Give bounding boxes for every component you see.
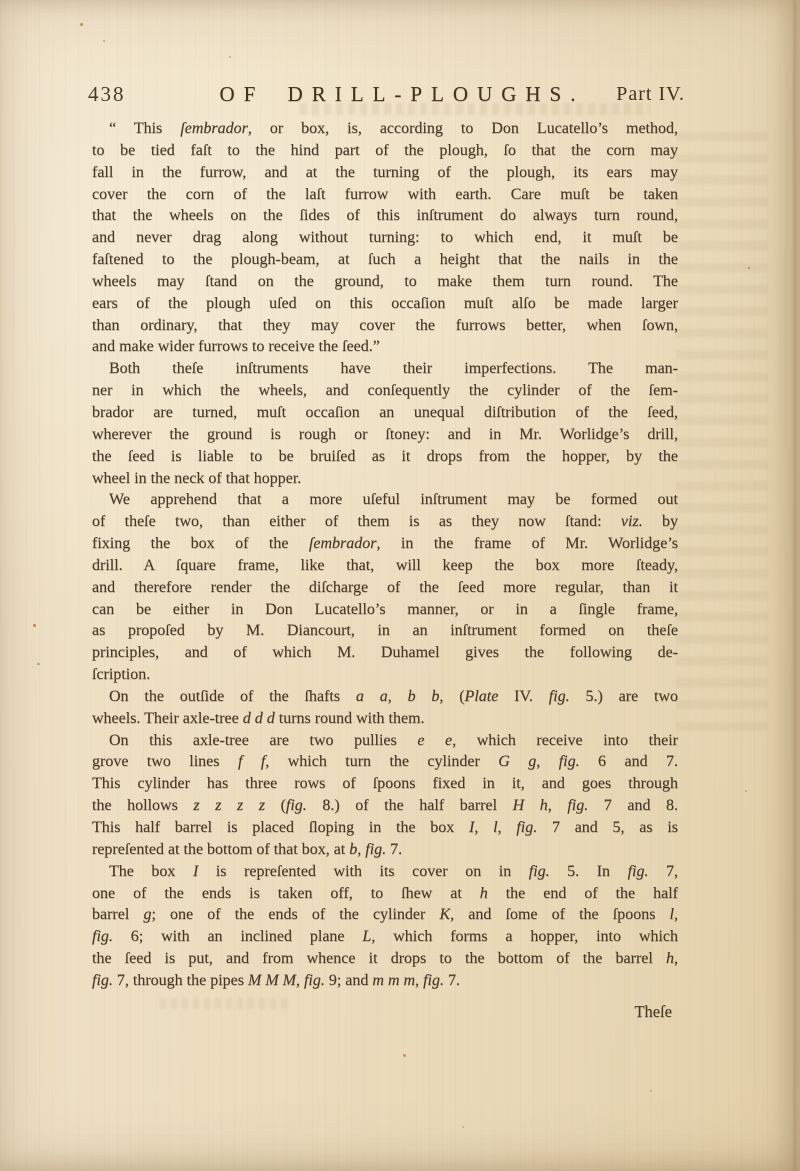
text-line: This cylinder has three rows of ſpoons f… — [92, 773, 678, 795]
text-line: brador are turned, muſt occaſion an uneq… — [92, 402, 678, 424]
text-line: repreſented at the bottom of that box, a… — [92, 839, 678, 861]
text-line: faſtened to the plough-beam, at ſuch a h… — [92, 249, 678, 271]
foxing-speck — [403, 1054, 406, 1057]
text-line: the hollows z z z z (fig. 8.) of the hal… — [92, 795, 678, 817]
text-line: and make wider furrows to receive the ſe… — [92, 336, 678, 358]
text-line: wheel in the neck of that hopper. — [92, 468, 678, 490]
text-line: can be either in Don Lucatello’s manner,… — [92, 599, 678, 621]
text-line: of theſe two, than either of them is as … — [92, 511, 678, 533]
text-line: drill. A ſquare frame, like that, will k… — [92, 555, 678, 577]
text-line: ſcription. — [92, 664, 678, 686]
text-line: We apprehend that a more uſeful inſtrume… — [92, 489, 678, 511]
text-line: fall in the furrow, and at the turning o… — [92, 162, 678, 184]
catchword: Theſe — [92, 1001, 678, 1023]
text-line: grove two lines f f, which turn the cyli… — [92, 751, 678, 773]
text-line: wheels. Their axle-tree d d d turns roun… — [92, 708, 678, 730]
text-line: barrel g; one of the ends of the cylinde… — [92, 904, 678, 926]
text-line: This half barrel is placed ſloping in th… — [92, 817, 678, 839]
foxing-speck — [37, 663, 40, 665]
text-line: and therefore render the diſcharge of th… — [92, 577, 678, 599]
text-line: Both theſe inſtruments have their imperf… — [92, 358, 678, 380]
book-page: 438 OF DRILL-PLOUGHS. Part IV. “ This ſe… — [0, 0, 800, 1171]
text-line: The box I is repreſented with its cover … — [92, 861, 678, 883]
text-line: than ordinary, that they may cover the f… — [92, 315, 678, 337]
page-edge — [794, 0, 796, 1171]
text-line: wheels may ſtand on the ground, to make … — [92, 271, 678, 293]
part-label: Part IV. — [616, 83, 685, 106]
foxing-speck — [80, 23, 83, 26]
show-through-ghost — [676, 132, 768, 732]
text-line: fig. 7, through the pipes M M M, fig. 9;… — [92, 970, 678, 992]
paragraphs: “ This ſembrador, or box, is, according … — [92, 118, 678, 992]
text-line: cover the corn of the laſt furrow with e… — [92, 184, 678, 206]
text-line: and never drag along without turning: to… — [92, 227, 678, 249]
text-block: “ This ſembrador, or box, is, according … — [92, 118, 678, 1023]
text-line: fig. 6; with an inclined plane L, which … — [92, 926, 678, 948]
foxing-speck — [229, 56, 231, 58]
text-line: as propoſed by M. Diancourt, in an inſtr… — [92, 620, 678, 642]
text-line: fixing the box of the ſembrador, in the … — [92, 533, 678, 555]
text-line: “ This ſembrador, or box, is, according … — [92, 118, 678, 140]
running-head: 438 OF DRILL-PLOUGHS. Part IV. — [0, 82, 800, 112]
foxing-speck — [103, 40, 105, 42]
running-title: OF DRILL-PLOUGHS. — [104, 82, 700, 107]
text-line: ears of the plough uſed on this occaſion… — [92, 293, 678, 315]
text-line: the ſeed is put, and from whence it drop… — [92, 948, 678, 970]
text-line: On the outſide of the ſhafts a a, b b, (… — [92, 686, 678, 708]
foxing-speck — [462, 1126, 464, 1128]
foxing-speck — [650, 1090, 652, 1092]
text-line: one of the ends is taken off, to ſhew at… — [92, 883, 678, 905]
text-line: On this axle-tree are two pullies e e, w… — [92, 730, 678, 752]
text-line: that the wheels on the ſides of this inſ… — [92, 205, 678, 227]
text-line: wherever the ground is rough or ſtoney: … — [92, 424, 678, 446]
text-line: the ſeed is liable to be bruiſed as it d… — [92, 446, 678, 468]
foxing-speck — [745, 790, 747, 792]
text-line: to be tied faſt to the hind part of the … — [92, 140, 678, 162]
foxing-speck — [748, 267, 750, 269]
text-line: ner in which the wheels, and conſequentl… — [92, 380, 678, 402]
text-line: principles, and of which M. Duhamel give… — [92, 642, 678, 664]
foxing-speck — [33, 624, 36, 627]
